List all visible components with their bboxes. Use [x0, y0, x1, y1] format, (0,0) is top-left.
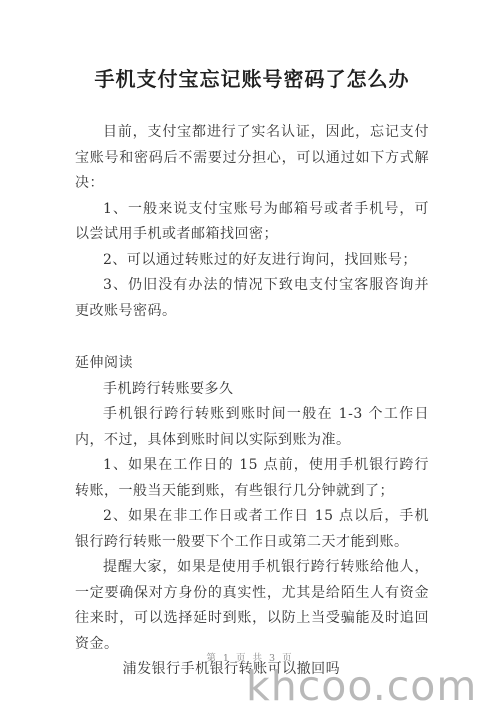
document-page: { "doc": { "title": "手机支付宝忘记账号密码了怎么办", "… — [0, 0, 500, 707]
watermark-text: khcoo.com — [246, 664, 477, 707]
intro-paragraph-3: 2、可以通过转账过的好友进行询问，找回账号； — [75, 248, 429, 274]
intro-paragraph-2: 1、一般来说支付宝账号为邮箱号或者手机号，可以尝试用手机或者邮箱找回密； — [75, 197, 429, 248]
document-title: 手机支付宝忘记账号密码了怎么办 — [75, 64, 429, 94]
extended-paragraph-1: 手机银行跨行转账到账时间一般在 1-3 个工作日内，不过，具体到账时间以实际到账… — [75, 402, 429, 453]
extended-paragraph-2: 1、如果在工作日的 15 点前，使用手机银行跨行转账，一般当天能到账，有些银行几… — [75, 453, 429, 504]
extended-reading-label: 延伸阅读 — [75, 351, 429, 377]
extended-reading-subtitle: 手机跨行转账要多久 — [75, 377, 429, 403]
extended-paragraph-3: 2、如果在非工作日或者工作日 15 点以后，手机银行跨行转账一般要下个工作日或第… — [75, 504, 429, 555]
document-body: 手机支付宝忘记账号密码了怎么办 目前，支付宝都进行了实名认证，因此，忘记支付宝账… — [75, 64, 429, 683]
intro-paragraph-4: 3、仍旧没有办法的情况下致电支付宝客服咨询并更改账号密码。 — [75, 273, 429, 324]
extended-paragraph-4: 提醒大家，如果是使用手机银行跨行转账给他人，一定要确保对方身份的真实性，尤其是给… — [75, 555, 429, 657]
intro-paragraph-1: 目前，支付宝都进行了实名认证，因此，忘记支付宝账号和密码后不需要过分担心，可以通… — [75, 120, 429, 197]
